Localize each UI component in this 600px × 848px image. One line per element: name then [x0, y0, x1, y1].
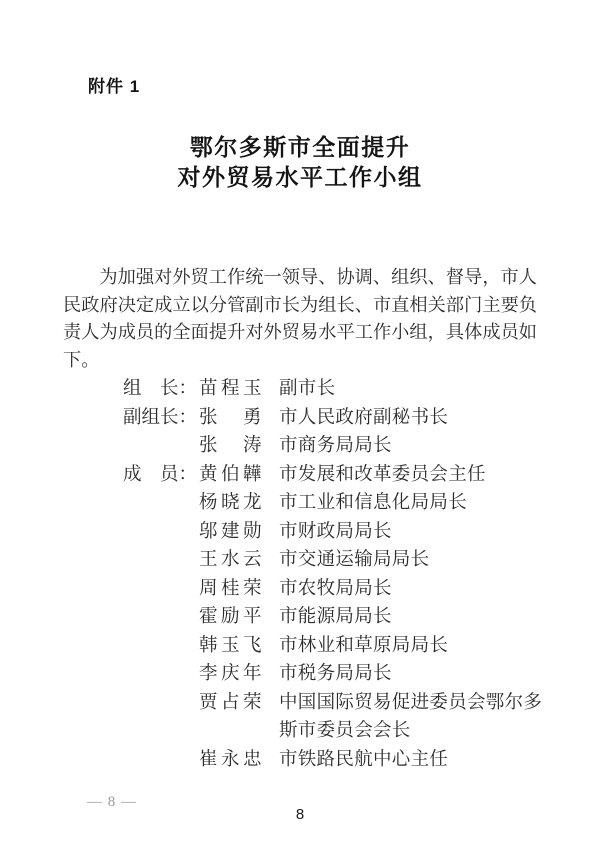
- roster-member-title: 斯市委员会会长: [279, 717, 555, 746]
- attachment-label: 附件 1: [88, 72, 140, 97]
- roster-role-label: 组 长：: [123, 375, 199, 404]
- roster-row: 崔永忠 市铁路民航中心主任: [63, 746, 555, 775]
- title-line-1: 鄂尔多斯市全面提升: [0, 133, 600, 163]
- paragraph-line: 为加强对外贸工作统一领导、协调、组织、督导，市人: [63, 264, 537, 292]
- roster-row: 杨晓龙 市工业和信息化局局长: [63, 489, 555, 518]
- roster-member-title: 中国国际贸易促进委员会鄂尔多: [279, 689, 555, 718]
- roster-row: 韩玉飞 市林业和草原局局长: [63, 632, 555, 661]
- roster-member-name: 王水云: [199, 546, 279, 575]
- roster-member-title: 市商务局局长: [279, 432, 555, 461]
- roster-row: 邬建勋 市财政局局长: [63, 518, 555, 547]
- intro-paragraph: 为加强对外贸工作统一领导、协调、组织、督导，市人 民政府决定成立以分管副市长为组…: [63, 264, 537, 374]
- document-page: 附件 1 鄂尔多斯市全面提升 对外贸易水平工作小组 为加强对外贸工作统一领导、协…: [0, 0, 600, 848]
- document-title: 鄂尔多斯市全面提升 对外贸易水平工作小组: [0, 133, 600, 193]
- roster-member-name: 杨晓龙: [199, 489, 279, 518]
- title-line-2: 对外贸易水平工作小组: [0, 163, 600, 193]
- roster-member-title: 市发展和改革委员会主任: [279, 461, 555, 490]
- roster-member-name: 邬建勋: [199, 518, 279, 547]
- roster-member-name: 贾占荣: [199, 689, 279, 718]
- roster-row: 成 员： 黄伯韡 市发展和改革委员会主任: [63, 461, 555, 490]
- roster-row: 组 长： 苗程玉 副市长: [63, 375, 555, 404]
- roster-row: 斯市委员会会长: [63, 717, 555, 746]
- roster-member-title: 市农牧局局长: [279, 575, 555, 604]
- roster-member-title: 市工业和信息化局局长: [279, 489, 555, 518]
- roster-row: 张 涛 市商务局局长: [63, 432, 555, 461]
- roster-member-title: 市财政局局长: [279, 518, 555, 547]
- roster-row: 王水云 市交通运输局局长: [63, 546, 555, 575]
- paragraph-line: 下。: [63, 347, 537, 375]
- roster-member-name: 崔永忠: [199, 746, 279, 775]
- roster-member-name: 李庆年: [199, 660, 279, 689]
- viewer-page-number: 8: [0, 806, 600, 823]
- roster-member-title: 市铁路民航中心主任: [279, 746, 555, 775]
- roster-member-title: 市交通运输局局长: [279, 546, 555, 575]
- roster-member-name: 苗程玉: [199, 375, 279, 404]
- roster-member-name: 霍励平: [199, 603, 279, 632]
- roster-member-title: 市人民政府副秘书长: [279, 404, 555, 433]
- roster-member-title: 市能源局局长: [279, 603, 555, 632]
- roster-row: 贾占荣 中国国际贸易促进委员会鄂尔多: [63, 689, 555, 718]
- roster-member-name: 韩玉飞: [199, 632, 279, 661]
- roster-member-name: 周桂荣: [199, 575, 279, 604]
- roster-member-name: 黄伯韡: [199, 461, 279, 490]
- roster-row: 霍励平 市能源局局长: [63, 603, 555, 632]
- roster-member-title: 市税务局局长: [279, 660, 555, 689]
- roster-row: 副组长： 张 勇 市人民政府副秘书长: [63, 404, 555, 433]
- roster-member-title: 副市长: [279, 375, 555, 404]
- roster-member-name: 张 勇: [199, 404, 279, 433]
- paragraph-line: 民政府决定成立以分管副市长为组长、市直相关部门主要负: [63, 292, 537, 320]
- roster-member-title: 市林业和草原局局长: [279, 632, 555, 661]
- paragraph-line: 责人为成员的全面提升对外贸易水平工作小组，具体成员如: [63, 319, 537, 347]
- roster-row: 李庆年 市税务局局长: [63, 660, 555, 689]
- roster-role-label: 副组长：: [123, 404, 199, 433]
- roster-member-name: 张 涛: [199, 432, 279, 461]
- roster-role-label: 成 员：: [123, 461, 199, 490]
- roster-row: 周桂荣 市农牧局局长: [63, 575, 555, 604]
- member-roster: 组 长： 苗程玉 副市长 副组长： 张 勇 市人民政府副秘书长 张 涛 市商务局…: [63, 375, 555, 774]
